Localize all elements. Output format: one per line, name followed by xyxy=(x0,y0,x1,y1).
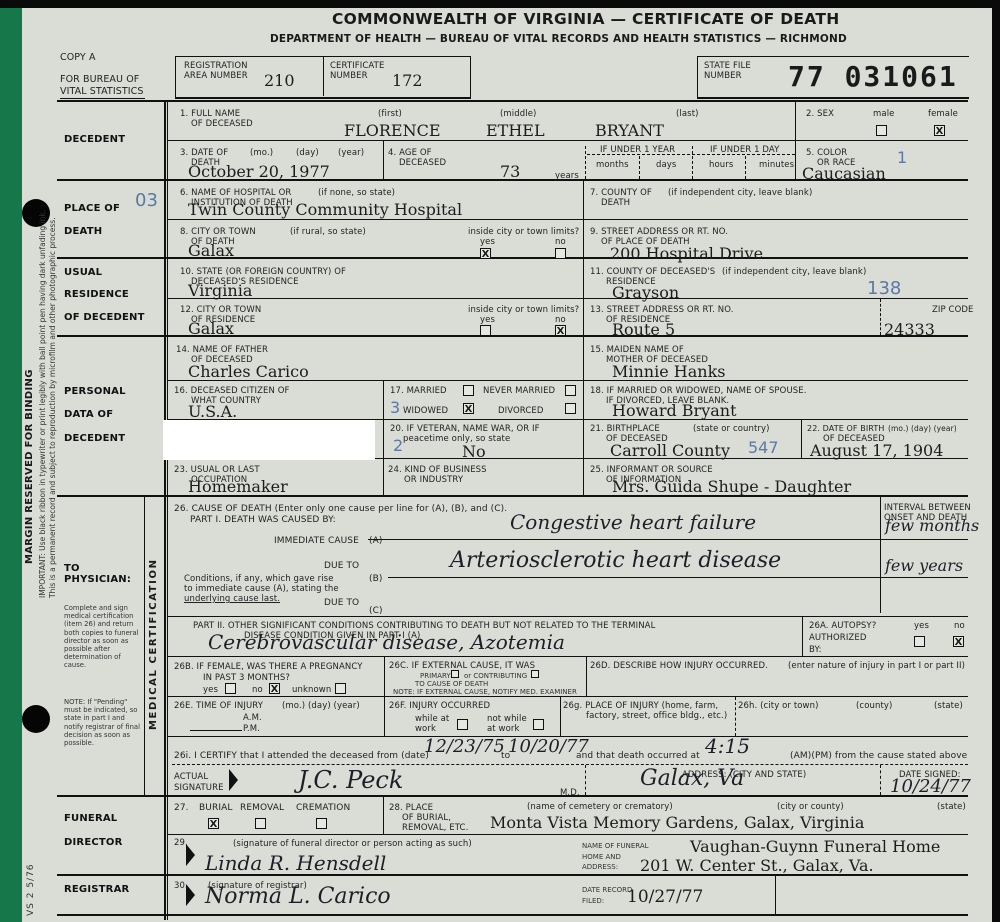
citizen-country: U.S.A. xyxy=(188,403,237,421)
medical-certification-label: MEDICAL CERTIFICATION xyxy=(148,558,159,730)
burial-checkbox[interactable]: X xyxy=(208,818,219,829)
binding-strip xyxy=(0,8,22,922)
injury-not-at-work-checkbox[interactable] xyxy=(533,719,544,730)
father-name: Charles Carico xyxy=(188,363,309,381)
registrar-signature: Norma L. Carico xyxy=(205,884,391,909)
physician-instructions: Complete and sign medical certification … xyxy=(64,604,144,670)
punch-hole xyxy=(22,705,50,733)
state-file-number: 77 031061 xyxy=(788,60,958,93)
residence-street: Route 5 xyxy=(612,321,675,339)
copy-label: FOR BUREAU OF xyxy=(60,75,139,85)
sex-female-checkbox[interactable]: X xyxy=(934,125,945,136)
form-code: VS 2 5/76 xyxy=(26,863,36,916)
attended-from-date: 12/23/75 xyxy=(424,736,505,757)
decedent-last-name: BRYANT xyxy=(595,122,664,140)
pregnancy-unknown-checkbox[interactable] xyxy=(335,683,346,694)
veteran-code: 2 xyxy=(393,436,403,455)
physician-address: Galax, Va xyxy=(640,766,744,791)
race: Caucasian xyxy=(802,165,886,183)
document-subtitle: DEPARTMENT OF HEALTH — BUREAU OF VITAL R… xyxy=(270,33,847,45)
signature-arrow-icon xyxy=(229,769,238,791)
spouse-name: Howard Bryant xyxy=(612,402,737,420)
redacted-region xyxy=(163,420,375,460)
place-code: 03 xyxy=(135,190,158,211)
age-of-deceased: 73 xyxy=(500,163,520,181)
decedent-middle-name: ETHEL xyxy=(486,122,545,140)
burial-place: Monta Vista Memory Gardens, Galax, Virgi… xyxy=(490,814,864,832)
marital-code: 3 xyxy=(390,398,400,417)
date-of-birth: August 17, 1904 xyxy=(810,442,943,460)
residence-county: Grayson xyxy=(612,284,679,302)
certificate-number: 172 xyxy=(392,72,423,90)
race-code: 1 xyxy=(897,148,907,167)
copy-label: VITAL STATISTICS xyxy=(60,87,144,97)
birthplace-code: 547 xyxy=(748,438,779,457)
cause-a: Congestive heart failure xyxy=(510,510,756,534)
veteran-status: No xyxy=(462,443,486,461)
interval-b: few years xyxy=(885,556,963,575)
decedent-first-name: FLORENCE xyxy=(344,122,441,140)
occupation: Homemaker xyxy=(188,478,288,496)
margin-important-note: IMPORTANT: Use black ribbon in typewrite… xyxy=(38,210,47,598)
death-time: 4:15 xyxy=(705,734,750,758)
interval-a: few months xyxy=(885,516,979,535)
certificate-paper: COMMONWEALTH OF VIRGINIA — CERTIFICATE O… xyxy=(0,8,992,922)
margin-binding-label: MARGIN RESERVED FOR BINDING xyxy=(24,369,35,564)
signature-arrow-icon xyxy=(186,884,195,906)
pending-note: NOTE: If "Pending" must be indicated, so… xyxy=(64,698,144,747)
hospital-name: Twin County Community Hospital xyxy=(188,201,462,219)
registration-area-number: 210 xyxy=(264,72,295,90)
section-funeral-director: FUNERAL xyxy=(64,813,117,824)
death-inside-limits-no-checkbox[interactable] xyxy=(555,248,566,259)
signature-arrow-icon xyxy=(186,844,195,866)
section-decedent: DECEDENT xyxy=(64,134,125,145)
funeral-director-signature: Linda R. Hensdell xyxy=(205,851,386,875)
funeral-home-name: Vaughan-Guynn Funeral Home xyxy=(690,838,940,856)
street-of-death: 200 Hospital Drive xyxy=(610,245,763,263)
date-signed: 10/24/77 xyxy=(890,776,971,797)
never-married-checkbox[interactable] xyxy=(565,385,576,396)
section-personal-data: PERSONAL xyxy=(64,386,126,397)
death-inside-limits-yes-checkbox[interactable]: X xyxy=(480,248,491,259)
injury-while-at-work-checkbox[interactable] xyxy=(457,719,468,730)
external-primary-checkbox[interactable] xyxy=(451,670,459,678)
residence-county-code: 138 xyxy=(867,278,901,299)
part2-conditions: Cerebrovascular disease, Azotemia xyxy=(208,630,565,654)
residence-inside-limits-yes-checkbox[interactable] xyxy=(480,325,491,336)
section-place-of-death: PLACE OF xyxy=(64,203,120,214)
city-of-death: Galax xyxy=(188,242,234,260)
divorced-checkbox[interactable] xyxy=(565,403,576,414)
cremation-checkbox[interactable] xyxy=(316,818,327,829)
birthplace: Carroll County xyxy=(610,442,730,460)
physician-signature: J.C. Peck xyxy=(298,766,403,794)
mother-maiden-name: Minnie Hanks xyxy=(612,363,725,381)
sex-male-checkbox[interactable] xyxy=(876,125,887,136)
informant: Mrs. Guida Shupe - Daughter xyxy=(612,478,851,496)
residence-inside-limits-no-checkbox[interactable]: X xyxy=(555,325,566,336)
external-contributing-checkbox[interactable] xyxy=(531,670,539,678)
married-checkbox[interactable] xyxy=(463,385,474,396)
autopsy-yes-checkbox[interactable] xyxy=(914,636,925,647)
cause-b: Arteriosclerotic heart disease xyxy=(450,548,781,573)
copy-label: COPY A xyxy=(60,53,96,63)
date-filed: 10/27/77 xyxy=(627,888,703,906)
section-usual-residence: USUAL xyxy=(64,267,102,278)
residence-state: Virginia xyxy=(188,282,252,300)
widowed-checkbox[interactable]: X xyxy=(463,403,474,414)
autopsy-no-checkbox[interactable]: X xyxy=(953,636,964,647)
section-registrar: REGISTRAR xyxy=(64,884,129,895)
removal-checkbox[interactable] xyxy=(255,818,266,829)
margin-important-note: This is a permanent record and subject t… xyxy=(48,217,57,598)
residence-zip: 24333 xyxy=(884,321,935,339)
pregnancy-no-checkbox[interactable]: X xyxy=(269,683,280,694)
document-title: COMMONWEALTH OF VIRGINIA — CERTIFICATE O… xyxy=(332,10,840,28)
funeral-home-address: 201 W. Center St., Galax, Va. xyxy=(640,857,874,875)
residence-city: Galax xyxy=(188,320,234,338)
date-of-death: October 20, 1977 xyxy=(188,163,330,181)
pregnancy-yes-checkbox[interactable] xyxy=(225,683,236,694)
section-to-physician: TO xyxy=(64,563,80,574)
